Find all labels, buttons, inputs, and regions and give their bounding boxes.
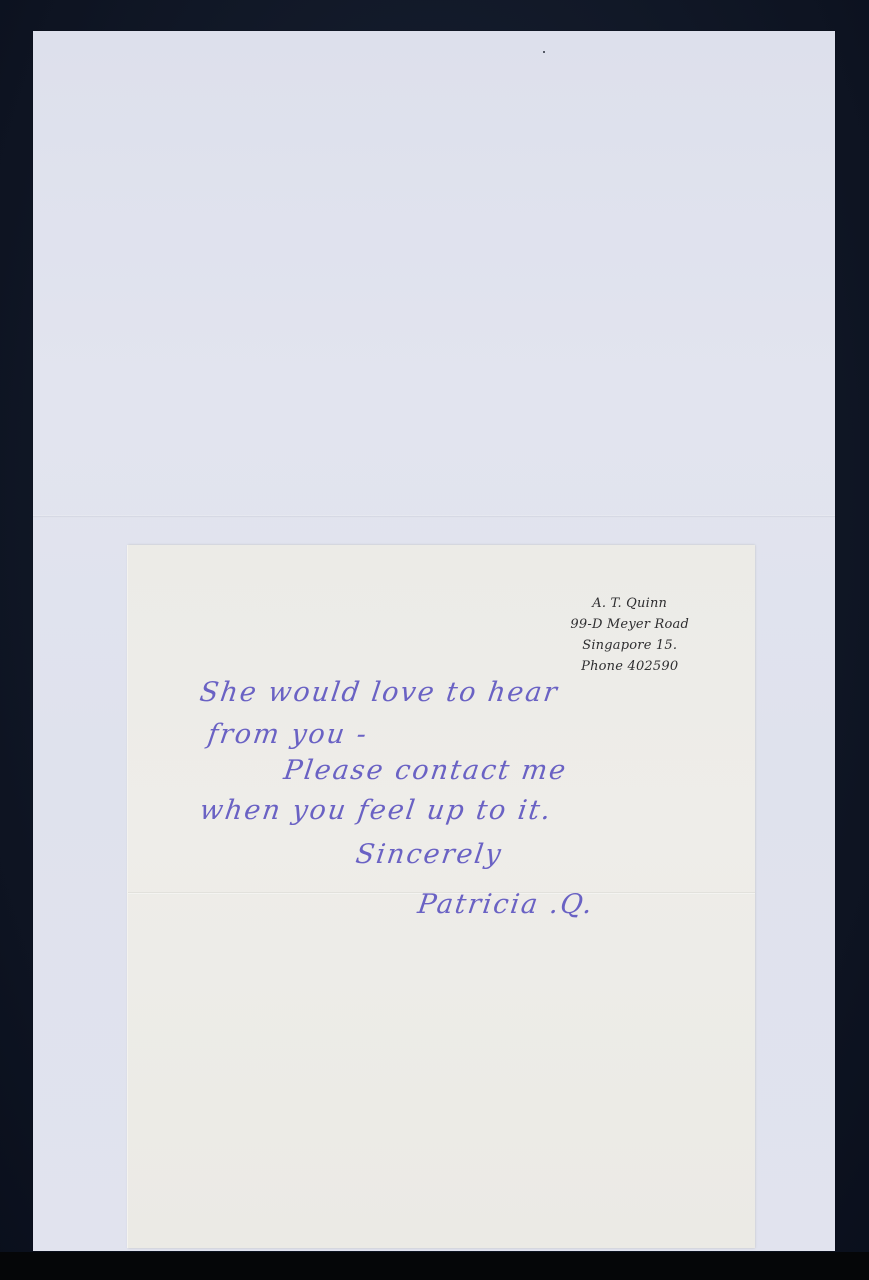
letterhead-phone: Phone 402590 [570, 656, 689, 677]
handwritten-line: Please contact me [282, 755, 570, 786]
handwritten-line: She would love to hear [198, 677, 561, 708]
backing-fold-line [33, 515, 835, 518]
paper-speck [543, 51, 545, 53]
bottom-shadow-band [0, 1252, 869, 1280]
signature: Patricia .Q. [416, 889, 596, 920]
handwritten-line: when you feel up to it. [198, 795, 554, 826]
letter-sheet: A. T. Quinn 99-D Meyer Road Singapore 15… [128, 545, 755, 1248]
letterhead-city: Singapore 15. [570, 635, 689, 656]
letterhead: A. T. Quinn 99-D Meyer Road Singapore 15… [570, 593, 689, 677]
closing-salutation: Sincerely [354, 839, 505, 870]
letterhead-address: 99-D Meyer Road [570, 614, 689, 635]
handwritten-line: from you - [206, 719, 370, 750]
letterhead-name: A. T. Quinn [570, 593, 689, 614]
